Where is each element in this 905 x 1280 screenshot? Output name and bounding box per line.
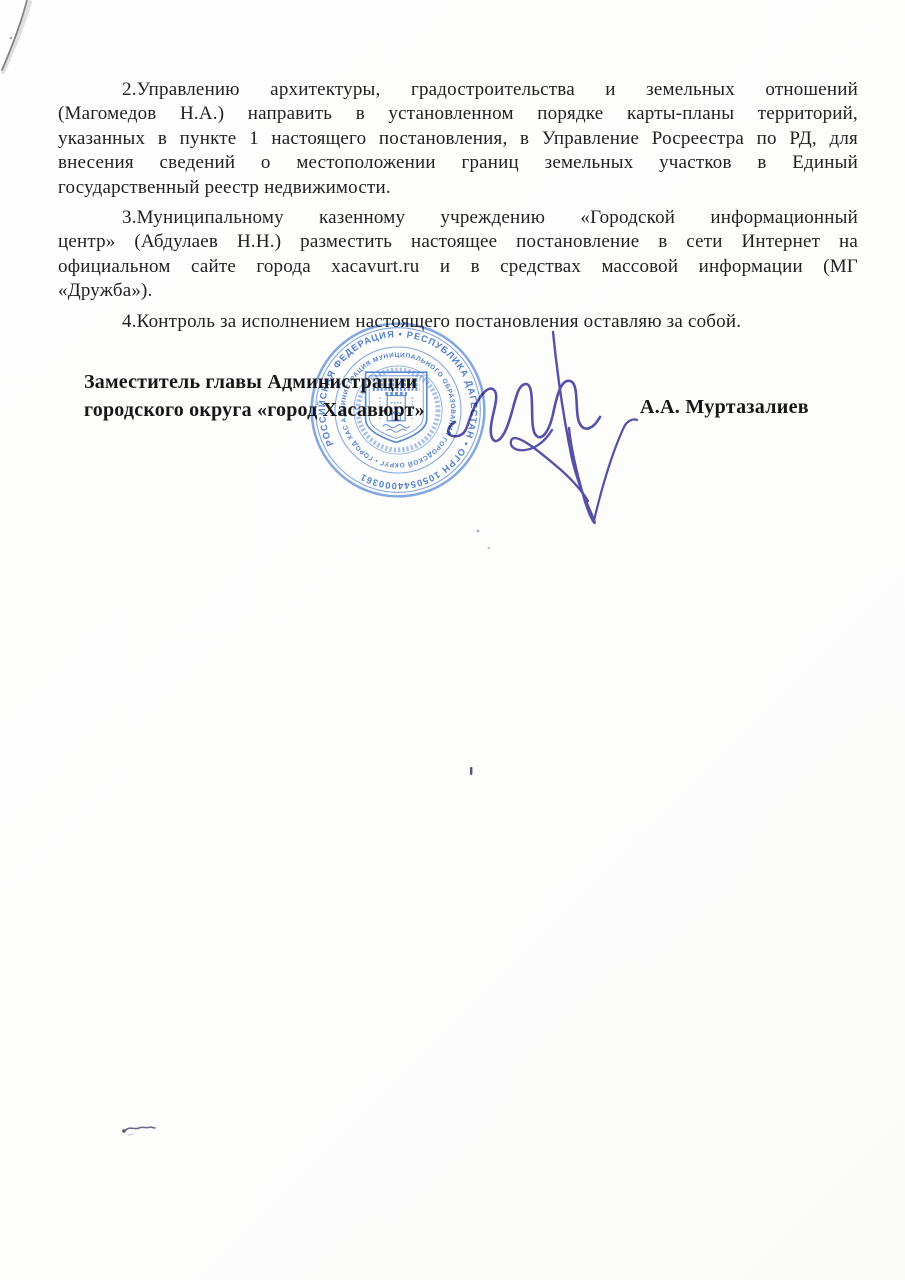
paragraph-line: 3.Муниципальному казенному учреждению «Г… — [58, 206, 858, 230]
signatory-position: Заместитель главы Администрации городско… — [84, 369, 425, 424]
handwritten-signature — [430, 325, 650, 535]
paragraph-2: 2.Управлению архитектуры, градостроитель… — [58, 78, 858, 200]
paragraph-line: указанных в пункте 1 настоящего постанов… — [58, 127, 858, 151]
signatory-name: А.А. Муртазалиев — [640, 396, 809, 419]
paragraph-line: «Дружба»). — [58, 279, 858, 303]
paragraph-line: государственный реестр недвижимости. — [58, 176, 858, 200]
paragraph-line: 2.Управлению архитектуры, градостроитель… — [58, 78, 858, 102]
paragraph-line: центр» (Абдулаев Н.Н.) разместить настоя… — [58, 230, 858, 254]
paragraph-3: 3.Муниципальному казенному учреждению «Г… — [58, 206, 858, 304]
ink-speck — [464, 764, 478, 780]
paragraph-line: (Магомедов Н.А.) направить в установленн… — [58, 102, 858, 126]
smudge-mark — [118, 1120, 162, 1140]
paragraph-line: официальном сайте города xacavurt.ru и в… — [58, 255, 858, 279]
scan-fold-mark — [0, 0, 60, 90]
signatory-position-line1: Заместитель главы Администрации — [84, 369, 425, 397]
signatory-position-line2: городского округа «город Хасавюрт» — [84, 397, 425, 425]
scanned-document-page: РОССИЙСКАЯ ФЕДЕРАЦИЯ • РЕСПУБЛИКА ДАГЕСТ… — [0, 0, 905, 1280]
document-body: 2.Управлению архитектуры, градостроитель… — [58, 78, 858, 334]
paragraph-line: внесения сведений о местоположении грани… — [58, 151, 858, 175]
